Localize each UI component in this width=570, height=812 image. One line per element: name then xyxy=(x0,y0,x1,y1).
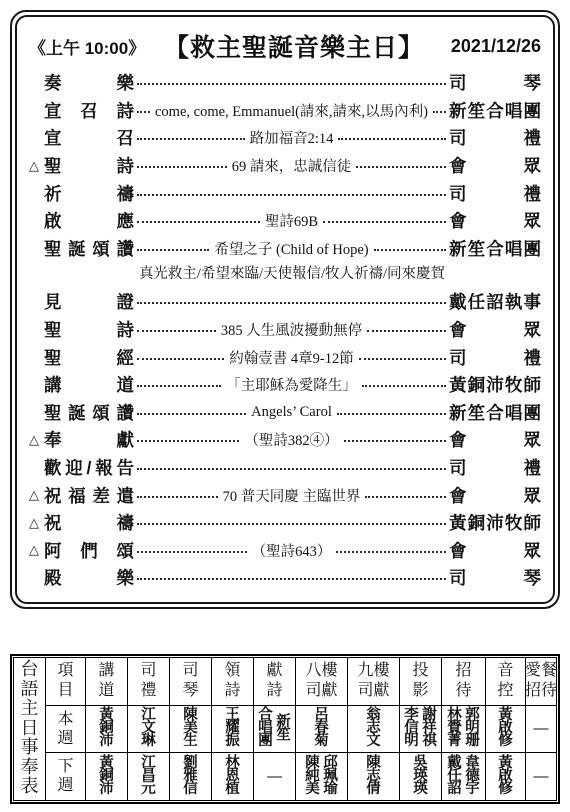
duty-cell: — xyxy=(526,753,556,800)
dotted-leader-area xyxy=(134,80,449,85)
item-name: 見證 xyxy=(44,289,134,314)
dotted-leader xyxy=(367,330,446,332)
duty-table-grid: 台語主日事奉表項目講道司禮司琴領詩獻詩八樓司獻九樓司獻投影招待音控愛餐招待本週黃… xyxy=(13,657,557,801)
dotted-leader xyxy=(137,468,446,470)
header-line: 八樓 xyxy=(305,661,337,681)
duty-cell: 劉雅信 xyxy=(170,753,212,800)
item-role: 戴任詔執事 xyxy=(449,289,541,314)
duty-cell: 吳瑛瑛 xyxy=(400,753,442,800)
header-line: 司獻 xyxy=(357,681,389,701)
dotted-leader xyxy=(362,385,446,387)
triangle-marker: △ xyxy=(29,487,44,503)
dotted-leader-area: 路加福音2:14 xyxy=(134,127,449,148)
item-name: 宣召詩 xyxy=(44,98,134,123)
dotted-leader xyxy=(433,111,446,113)
program-item-row: △阿們頌（聖詩643）會眾 xyxy=(29,537,541,565)
item-role: 司禮 xyxy=(449,181,541,206)
item-name: 啟應 xyxy=(44,208,134,233)
item-name: 聖詩 xyxy=(44,317,134,342)
duty-name: 邱珮瑜 xyxy=(323,757,339,796)
program-item-row: 宣召詩come, come, Emmanuel(請來,請來,以馬內利)新笙合唱團 xyxy=(29,97,541,125)
empty-dash: — xyxy=(534,768,549,785)
duty-name: 江昌元 xyxy=(141,757,157,796)
duty-cell: — xyxy=(526,706,556,753)
item-role: 會眾 xyxy=(449,427,541,452)
dotted-leader xyxy=(137,111,150,113)
duty-column-header: 招待 xyxy=(442,658,486,706)
page-title: 【救主聖誕音樂主日】 xyxy=(157,28,431,64)
dotted-leader xyxy=(365,496,446,498)
item-name: 歡迎/報告 xyxy=(44,455,134,480)
duty-cell: 江昌元 xyxy=(128,753,170,800)
duty-cell: 黃啟修 xyxy=(486,706,526,753)
item-role: 會眾 xyxy=(449,483,541,508)
header-line: 司 xyxy=(182,661,198,681)
duty-names: 林恩植 xyxy=(225,757,241,796)
duty-column-header: 司琴 xyxy=(170,658,212,706)
duty-name: 呂春菊 xyxy=(314,709,330,748)
duty-name: 李信明 xyxy=(404,709,420,748)
program-subline: 真光救主/希望來臨/天使報信/牧人祈禱/同來慶賀 xyxy=(29,262,541,288)
duty-names: 黃啟修 xyxy=(498,709,514,748)
duty-column-header: 獻詩 xyxy=(254,658,296,706)
duty-names: 黃銅沛 xyxy=(99,709,115,748)
duty-week-cell: 下週 xyxy=(46,753,86,800)
program-item-row: 聖經約翰壹書 4章9-12節司禮 xyxy=(29,343,541,371)
duty-cell: 陳美生 xyxy=(170,706,212,753)
header-line: 招待 xyxy=(526,681,556,701)
dotted-leader-area xyxy=(134,191,449,196)
item-content: 69 請來，忠誠信徒 xyxy=(227,155,357,176)
duty-names: 王耀振 xyxy=(225,709,241,748)
duty-side-label-cell: 台語主日事奉表 xyxy=(14,658,46,800)
duty-column-header: 投影 xyxy=(400,658,442,706)
dotted-leader xyxy=(374,249,446,251)
dotted-leader-area: （聖詩643） xyxy=(134,540,449,561)
header-line: 目 xyxy=(57,681,73,701)
duty-names: 江昌元 xyxy=(141,757,157,796)
header-lines: 講道 xyxy=(98,661,114,701)
duty-names: 翁志文 xyxy=(366,709,382,748)
dotted-leader-area: （聖詩382④） xyxy=(134,429,449,450)
duty-names: 韋德宇戴任詔 xyxy=(447,757,481,796)
duty-name: 陳美生 xyxy=(183,709,199,748)
duty-column-header: 項目 xyxy=(46,658,86,706)
duty-name: 合唱團 xyxy=(258,709,274,748)
duty-names: 陳美生 xyxy=(183,709,199,748)
header-line: 九樓 xyxy=(357,661,389,681)
item-content: come, come, Emmanuel(請來,請來,以馬內利) xyxy=(150,100,433,121)
item-role: 司禮 xyxy=(449,125,541,150)
header-line: 影 xyxy=(412,681,428,701)
item-role: 司琴 xyxy=(449,565,541,590)
dotted-leader xyxy=(137,249,209,251)
item-role: 會眾 xyxy=(449,153,541,178)
dotted-leader xyxy=(359,358,446,360)
program-item-list: 奏樂司琴宣召詩come, come, Emmanuel(請來,請來,以馬內利)新… xyxy=(29,69,541,592)
dotted-leader-area: 聖詩69B xyxy=(134,210,449,231)
duty-names: 郭明珊林賚菁 xyxy=(447,709,481,748)
duty-names: 吳瑛瑛 xyxy=(413,757,429,796)
dotted-leader xyxy=(137,83,446,85)
duty-column-header: 八樓司獻 xyxy=(296,658,348,706)
item-content: 路加福音2:14 xyxy=(245,127,339,148)
dotted-leader-area xyxy=(134,575,449,580)
duty-column-header: 音控 xyxy=(486,658,526,706)
duty-cell: 翁志文 xyxy=(348,706,400,753)
item-name: 殿樂 xyxy=(44,565,134,590)
duty-name: 黃啟修 xyxy=(498,757,514,796)
item-content: 約翰壹書 4章9-12節 xyxy=(224,347,358,368)
header-line: 詩 xyxy=(266,681,282,701)
duty-cell: 黃銅沛 xyxy=(86,706,128,753)
item-content: （聖詩382④） xyxy=(239,429,343,450)
dotted-leader-area: Angels’ Carol xyxy=(134,404,449,421)
duty-name: 陳志倩 xyxy=(366,757,382,796)
duty-names: 黃啟修 xyxy=(498,757,514,796)
program-item-row: 講道「主耶穌為愛降生」黃銅沛牧師 xyxy=(29,371,541,399)
dotted-leader xyxy=(137,194,446,196)
duty-name: 戴任詔 xyxy=(447,757,463,796)
duty-week-label: 本週 xyxy=(57,710,74,748)
item-name: 奏樂 xyxy=(44,70,134,95)
program-item-row: 歡迎/報告司禮 xyxy=(29,454,541,482)
item-name: 宣召 xyxy=(44,125,134,150)
duty-names: 劉雅信 xyxy=(183,757,199,796)
header-line: 道 xyxy=(98,681,114,701)
dotted-leader xyxy=(137,330,216,332)
duty-name: 江文琳 xyxy=(141,709,157,748)
dotted-leader xyxy=(337,413,446,415)
header-line: 招 xyxy=(455,661,471,681)
program-item-row: △祝福差遣70 普天同慶 主臨世界會眾 xyxy=(29,481,541,509)
item-role: 司禮 xyxy=(449,345,541,370)
duty-name: 劉雅信 xyxy=(183,757,199,796)
duty-cell: 陳志倩 xyxy=(348,753,400,800)
program-item-row: 聖誕頌讚希望之子 (Child of Hope)新笙合唱團 xyxy=(29,235,541,263)
item-content: 385 人生風波擾動無停 xyxy=(216,319,367,340)
triangle-marker: △ xyxy=(29,432,44,448)
bulletin-page: 《上午 10:00》 【救主聖誕音樂主日】 2021/12/26 奏樂司琴宣召詩… xyxy=(0,0,570,812)
dotted-leader-area xyxy=(134,299,449,304)
dotted-leader xyxy=(137,413,246,415)
dotted-leader xyxy=(137,440,239,442)
duty-name: 王耀振 xyxy=(225,709,241,748)
header-line: 待 xyxy=(455,681,471,701)
duty-names: 謝祥祺李信明 xyxy=(404,709,438,748)
item-content: 希望之子 (Child of Hope) xyxy=(209,238,373,259)
dotted-leader-area: come, come, Emmanuel(請來,請來,以馬內利) xyxy=(134,100,449,121)
duty-column-header: 領詩 xyxy=(212,658,254,706)
dotted-leader-area: 385 人生風波擾動無停 xyxy=(134,319,449,340)
dotted-leader xyxy=(338,138,446,140)
dotted-leader-area: 70 普天同慶 主臨世界 xyxy=(134,485,449,506)
item-content: （聖詩643） xyxy=(247,540,337,561)
header-lines: 招待 xyxy=(455,661,471,701)
header-lines: 音控 xyxy=(497,661,513,701)
item-content: Angels’ Carol xyxy=(246,404,337,421)
program-item-row: △祝禱黃銅沛牧師 xyxy=(29,509,541,537)
header-line: 詩 xyxy=(224,681,240,701)
header-line: 領 xyxy=(224,661,240,681)
duty-cell: 林恩植 xyxy=(212,753,254,800)
dotted-leader xyxy=(137,385,221,387)
header-line: 琴 xyxy=(182,681,198,701)
duty-week-label: 下週 xyxy=(57,757,74,795)
header-lines: 領詩 xyxy=(224,661,240,701)
item-name: 聖誕頌讚 xyxy=(44,236,134,261)
dotted-leader xyxy=(137,578,446,580)
header-line: 司 xyxy=(140,661,156,681)
duty-name: 郭明珊 xyxy=(465,709,481,748)
dotted-leader-area: 希望之子 (Child of Hope) xyxy=(134,238,449,259)
header-line: 項 xyxy=(57,661,73,681)
empty-dash: — xyxy=(534,720,549,737)
item-role: 會眾 xyxy=(449,317,541,342)
program-item-row: △奉獻（聖詩382④）會眾 xyxy=(29,426,541,454)
header-line: 音 xyxy=(497,661,513,681)
dotted-leader xyxy=(137,138,245,140)
duty-name: 韋德宇 xyxy=(465,757,481,796)
dotted-leader-area: 約翰壹書 4章9-12節 xyxy=(134,347,449,368)
item-role: 新笙合唱團 xyxy=(449,236,541,261)
duty-names: 新笙合唱團 xyxy=(258,709,292,748)
program-item-row: 奏樂司琴 xyxy=(29,69,541,97)
duty-cell: 呂春菊 xyxy=(296,706,348,753)
item-name: 奉獻 xyxy=(44,427,134,452)
header-lines: 司禮 xyxy=(140,661,156,701)
service-time: 《上午 10:00》 xyxy=(29,34,157,59)
header-lines: 愛餐招待 xyxy=(526,661,556,701)
duty-name: 吳瑛瑛 xyxy=(413,757,429,796)
duty-names: 黃銅沛 xyxy=(99,757,115,796)
triangle-marker: △ xyxy=(29,515,44,531)
dotted-leader-area: 69 請來，忠誠信徒 xyxy=(134,155,449,176)
duty-cell: 江文琳 xyxy=(128,706,170,753)
header-line: 禮 xyxy=(140,681,156,701)
header-lines: 司琴 xyxy=(182,661,198,701)
item-name: 祝福差遣 xyxy=(44,483,134,508)
item-name: 聖詩 xyxy=(44,153,134,178)
dotted-leader xyxy=(344,440,446,442)
duty-table: 台語主日事奉表項目講道司禮司琴領詩獻詩八樓司獻九樓司獻投影招待音控愛餐招待本週黃… xyxy=(10,654,560,804)
duty-name: 黃啟修 xyxy=(498,709,514,748)
duty-names: 邱珮瑜陳純美 xyxy=(305,757,339,796)
duty-name: 陳純美 xyxy=(305,757,321,796)
dotted-leader xyxy=(137,358,224,360)
program-item-row: 祈禱司禮 xyxy=(29,179,541,207)
duty-week-cell: 本週 xyxy=(46,706,86,753)
program-box-inner: 《上午 10:00》 【救主聖誕音樂主日】 2021/12/26 奏樂司琴宣召詩… xyxy=(15,15,555,604)
duty-column-header: 講道 xyxy=(86,658,128,706)
dotted-leader xyxy=(356,166,446,168)
program-box: 《上午 10:00》 【救主聖誕音樂主日】 2021/12/26 奏樂司琴宣召詩… xyxy=(10,10,560,609)
item-content: 「主耶穌為愛降生」 xyxy=(221,374,362,395)
item-role: 司禮 xyxy=(449,455,541,480)
dotted-leader xyxy=(137,166,227,168)
triangle-marker: △ xyxy=(29,158,44,174)
triangle-marker: △ xyxy=(29,542,44,558)
duty-name: 黃銅沛 xyxy=(99,757,115,796)
dotted-leader-area xyxy=(134,520,449,525)
program-item-row: 宣召路加福音2:14司禮 xyxy=(29,124,541,152)
duty-name: 林恩植 xyxy=(225,757,241,796)
dotted-leader-area: 「主耶穌為愛降生」 xyxy=(134,374,449,395)
dotted-leader xyxy=(137,551,247,553)
header-lines: 獻詩 xyxy=(266,661,282,701)
header-lines: 九樓司獻 xyxy=(357,661,389,701)
dotted-leader xyxy=(336,551,446,553)
dotted-leader xyxy=(137,302,446,304)
item-content: 聖詩69B xyxy=(260,210,323,231)
header-line: 愛餐 xyxy=(526,661,556,681)
item-name: 祝禱 xyxy=(44,510,134,535)
header-line: 投 xyxy=(412,661,428,681)
duty-cell: — xyxy=(254,753,296,800)
item-role: 會眾 xyxy=(449,208,541,233)
dotted-leader xyxy=(137,496,218,498)
item-name: 聖經 xyxy=(44,345,134,370)
duty-cell: 王耀振 xyxy=(212,706,254,753)
duty-name: 謝祥祺 xyxy=(422,709,438,748)
item-role: 黃銅沛牧師 xyxy=(449,372,541,397)
program-header: 《上午 10:00》 【救主聖誕音樂主日】 2021/12/26 xyxy=(29,23,541,69)
item-role: 黃銅沛牧師 xyxy=(449,510,541,535)
program-item-row: 聖誕頌讚Angels’ Carol新笙合唱團 xyxy=(29,399,541,427)
dotted-leader xyxy=(323,221,446,223)
dotted-leader xyxy=(137,221,260,223)
duty-name: 新笙 xyxy=(276,716,292,742)
header-lines: 投影 xyxy=(412,661,428,701)
program-item-row: 殿樂司琴 xyxy=(29,564,541,592)
item-name: 祈禱 xyxy=(44,181,134,206)
duty-column-header: 司禮 xyxy=(128,658,170,706)
duty-cell: 邱珮瑜陳純美 xyxy=(296,753,348,800)
duty-name: 林賚菁 xyxy=(447,709,463,748)
duty-cell: 黃啟修 xyxy=(486,753,526,800)
duty-names: 呂春菊 xyxy=(314,709,330,748)
program-item-row: 啟應聖詩69B會眾 xyxy=(29,207,541,235)
header-line: 司獻 xyxy=(305,681,337,701)
duty-cell: 郭明珊林賚菁 xyxy=(442,706,486,753)
duty-cell: 黃銅沛 xyxy=(86,753,128,800)
duty-cell: 謝祥祺李信明 xyxy=(400,706,442,753)
duty-column-header: 愛餐招待 xyxy=(526,658,556,706)
item-name: 阿們頌 xyxy=(44,538,134,563)
header-line: 控 xyxy=(497,681,513,701)
header-line: 獻 xyxy=(266,661,282,681)
duty-names: 江文琳 xyxy=(141,709,157,748)
item-role: 新笙合唱團 xyxy=(449,400,541,425)
header-lines: 八樓司獻 xyxy=(305,661,337,701)
duty-cell: 新笙合唱團 xyxy=(254,706,296,753)
header-lines: 項目 xyxy=(57,661,73,701)
dotted-leader-area xyxy=(134,465,449,470)
item-name: 聖誕頌讚 xyxy=(44,400,134,425)
item-content: 70 普天同慶 主臨世界 xyxy=(218,485,366,506)
item-role: 司琴 xyxy=(449,70,541,95)
dotted-leader xyxy=(137,523,446,525)
duty-cell: 韋德宇戴任詔 xyxy=(442,753,486,800)
duty-names: 陳志倩 xyxy=(366,757,382,796)
program-item-row: △聖詩69 請來，忠誠信徒會眾 xyxy=(29,152,541,180)
duty-name: 翁志文 xyxy=(366,709,382,748)
duty-column-header: 九樓司獻 xyxy=(348,658,400,706)
item-role: 會眾 xyxy=(449,538,541,563)
program-item-row: 見證戴任詔執事 xyxy=(29,288,541,316)
service-date: 2021/12/26 xyxy=(431,36,541,57)
empty-dash: — xyxy=(267,768,282,785)
item-role: 新笙合唱團 xyxy=(449,98,541,123)
duty-side-label: 台語主日事奉表 xyxy=(20,660,40,797)
program-item-row: 聖詩385 人生風波擾動無停會眾 xyxy=(29,316,541,344)
header-line: 講 xyxy=(98,661,114,681)
item-name: 講道 xyxy=(44,372,134,397)
duty-name: 黃銅沛 xyxy=(99,709,115,748)
